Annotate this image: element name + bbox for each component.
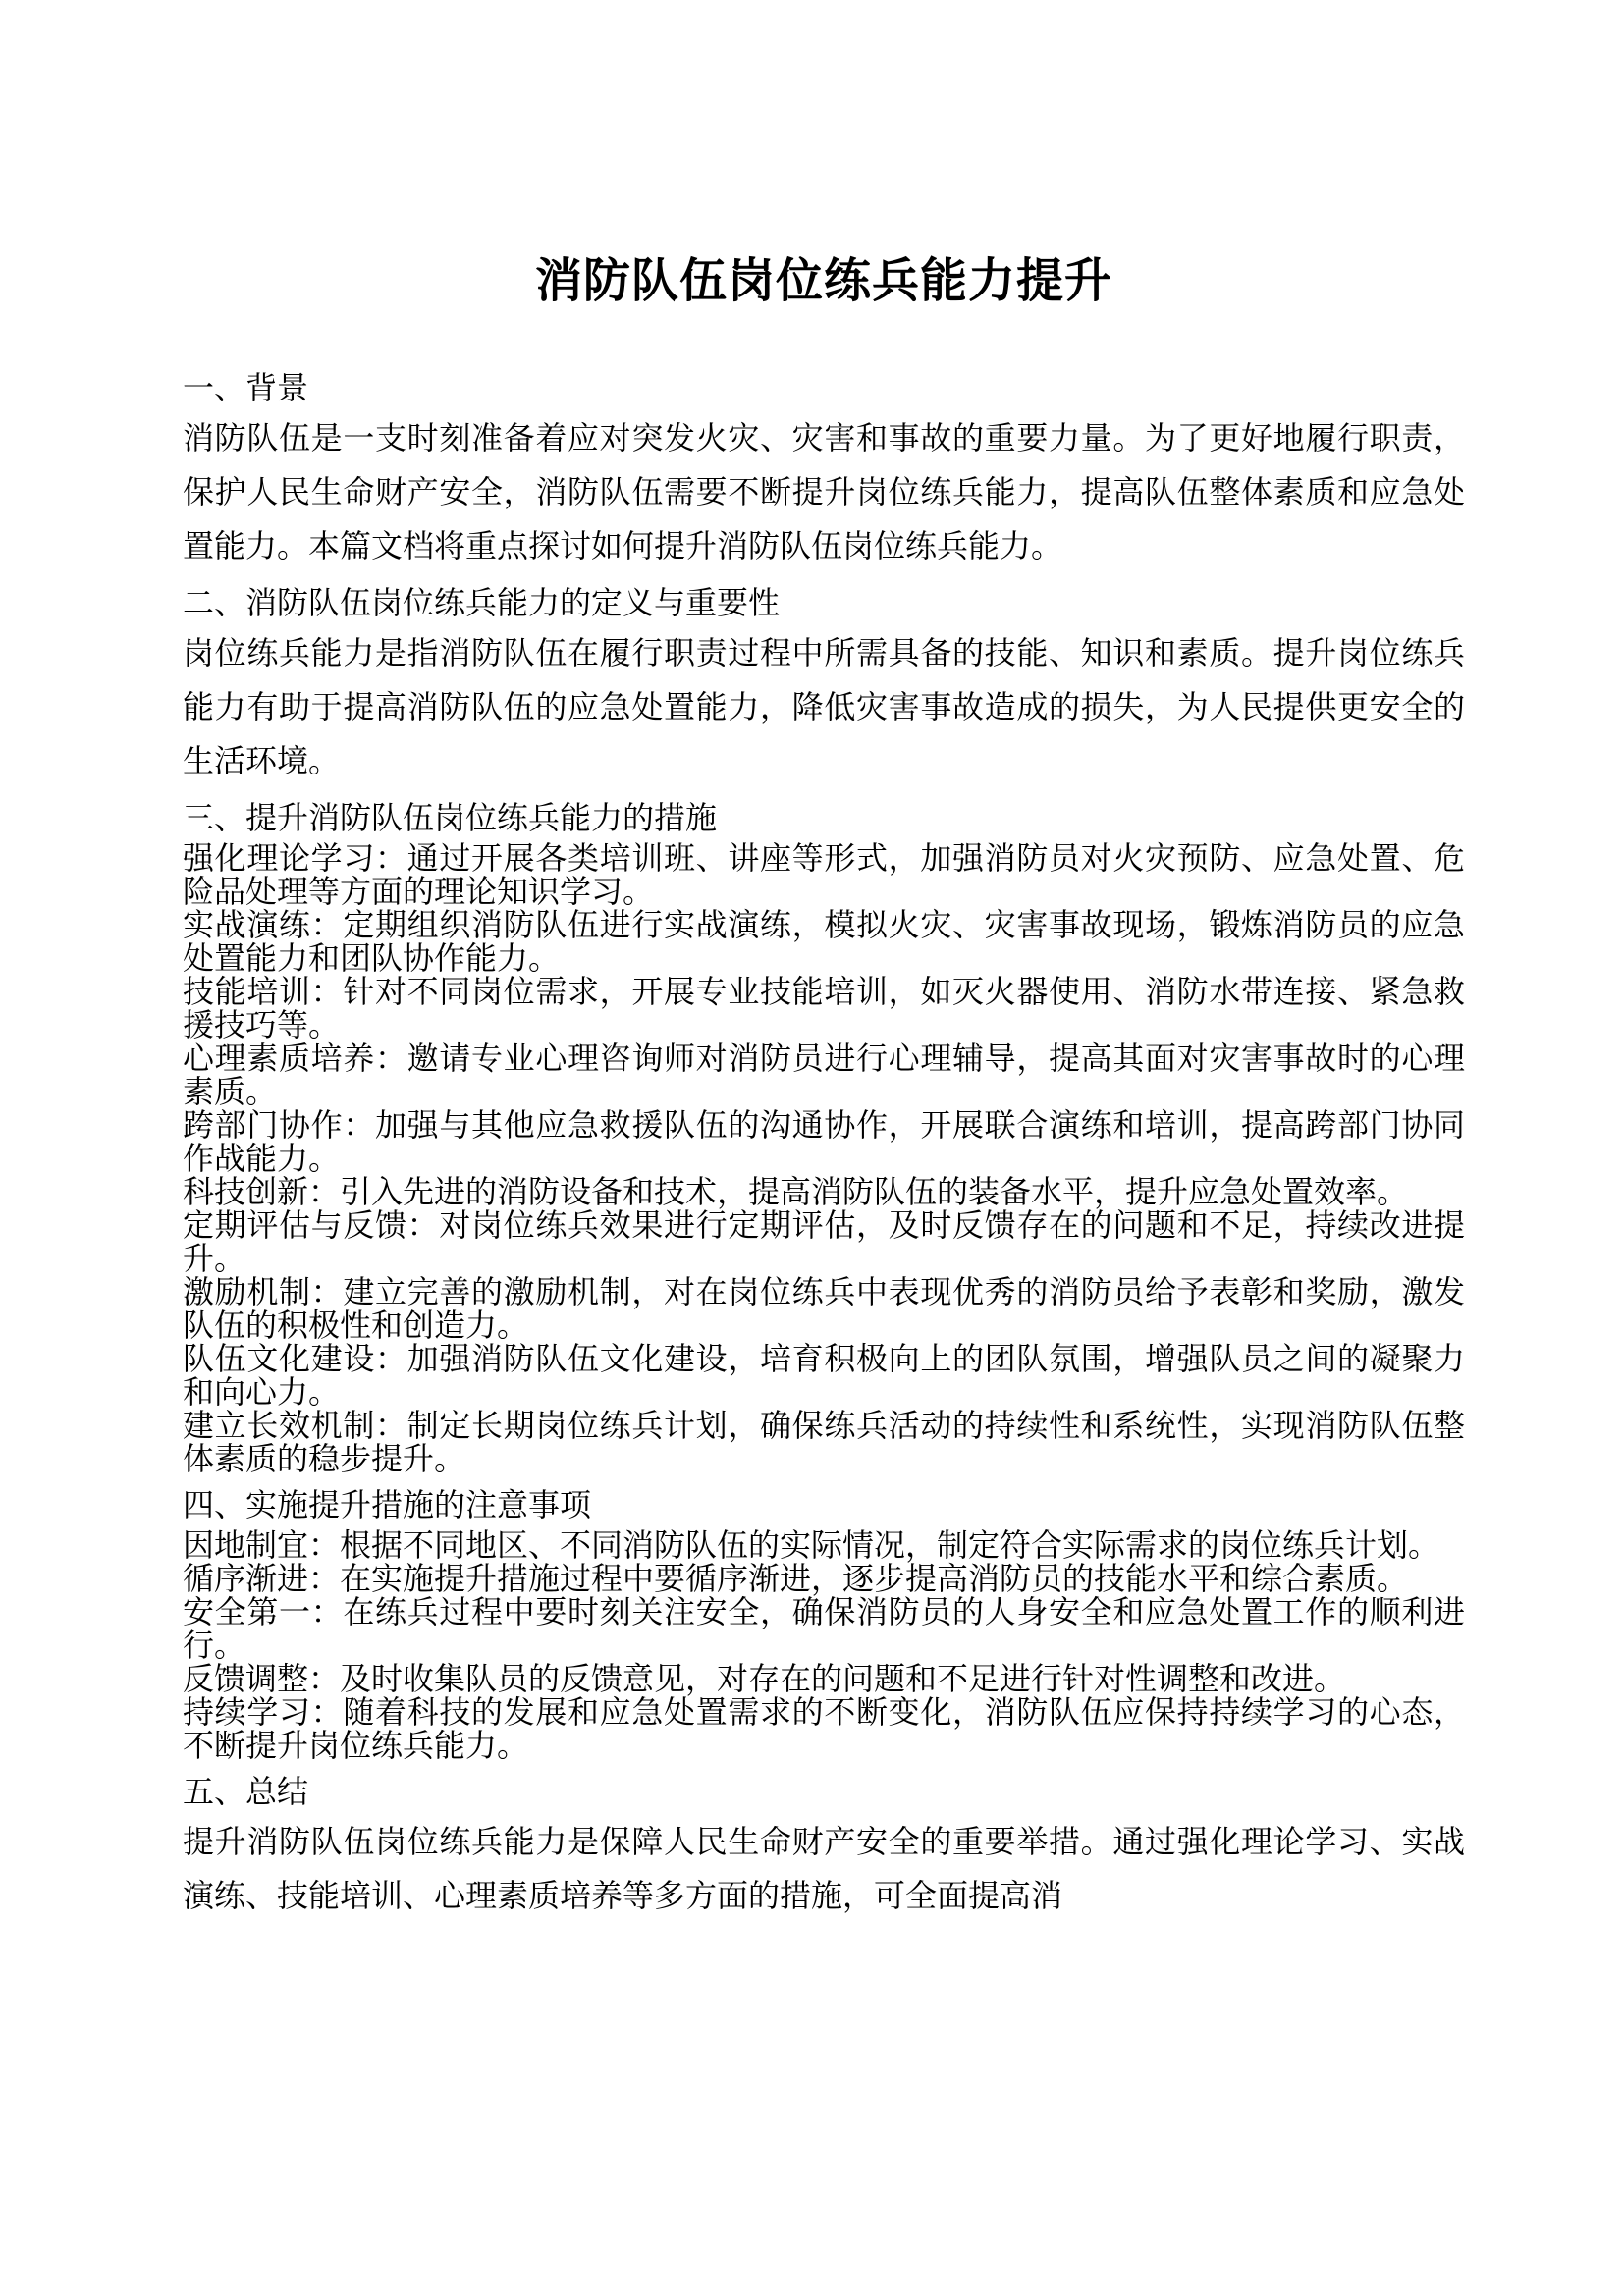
section-heading-precautions: 四、实施提升措施的注意事项 — [183, 1487, 1465, 1522]
list-item-measure-4: 心理素质培养：邀请专业心理咨询师对消防员进行心理辅导，提高其面对灾害事故时的心理… — [183, 1041, 1465, 1108]
section-measures: 三、提升消防队伍岗位练兵能力的措施 强化理论学习：通过开展各类培训班、讲座等形式… — [183, 800, 1465, 1475]
section-background: 一、背景 消防队伍是一支时刻准备着应对突发火灾、灾害和事故的重要力量。为了更好地… — [183, 370, 1465, 573]
list-item-measure-8: 激励机制：建立完善的激励机制，对在岗位练兵中表现优秀的消防员给予表彰和奖励，激发… — [183, 1275, 1465, 1342]
section-heading-definition-importance: 二、消防队伍岗位练兵能力的定义与重要性 — [183, 585, 1465, 620]
document-page: 消防队伍岗位练兵能力提升 一、背景 消防队伍是一支时刻准备着应对突发火灾、灾害和… — [0, 0, 1624, 2296]
list-item-measure-7: 定期评估与反馈：对岗位练兵效果进行定期评估，及时反馈存在的问题和不足，持续改进提… — [183, 1208, 1465, 1275]
list-item-measure-3: 技能培训：针对不同岗位需求，开展专业技能培训，如灭火器使用、消防水带连接、紧急救… — [183, 975, 1465, 1041]
list-item-measure-10: 建立长效机制：制定长期岗位练兵计划，确保练兵活动的持续性和系统性，实现消防队伍整… — [183, 1409, 1465, 1475]
list-item-measure-5: 跨部门协作：加强与其他应急救援队伍的沟通协作，开展联合演练和培训，提高跨部门协同… — [183, 1108, 1465, 1175]
list-item-measure-2: 实战演练：定期组织消防队伍进行实战演练，模拟火灾、灾害事故现场，锻炼消防员的应急… — [183, 908, 1465, 975]
paragraph-summary: 提升消防队伍岗位练兵能力是保障人民生命财产安全的重要举措。通过强化理论学习、实战… — [183, 1815, 1465, 1923]
list-item-precaution-2: 循序渐进：在实施提升措施过程中要循序渐进，逐步提高消防员的技能水平和综合素质。 — [183, 1562, 1465, 1595]
list-item-measure-1: 强化理论学习：通过开展各类培训班、讲座等形式，加强消防员对火灾预防、应急处置、危… — [183, 841, 1465, 908]
section-definition-importance: 二、消防队伍岗位练兵能力的定义与重要性 岗位练兵能力是指消防队伍在履行职责过程中… — [183, 585, 1465, 788]
section-heading-background: 一、背景 — [183, 370, 1465, 405]
paragraph-background: 消防队伍是一支时刻准备着应对突发火灾、灾害和事故的重要力量。为了更好地履行职责，… — [183, 411, 1465, 573]
list-item-measure-6: 科技创新：引入先进的消防设备和技术，提高消防队伍的装备水平，提升应急处置效率。 — [183, 1175, 1465, 1208]
section-summary: 五、总结 提升消防队伍岗位练兵能力是保障人民生命财产安全的重要举措。通过强化理论… — [183, 1774, 1465, 1923]
list-item-measure-9: 队伍文化建设：加强消防队伍文化建设，培育积极向上的团队氛围，增强队员之间的凝聚力… — [183, 1342, 1465, 1409]
list-item-precaution-3: 安全第一：在练兵过程中要时刻关注安全，确保消防员的人身安全和应急处置工作的顺利进… — [183, 1595, 1465, 1662]
section-heading-summary: 五、总结 — [183, 1774, 1465, 1809]
document-title: 消防队伍岗位练兵能力提升 — [183, 254, 1465, 309]
section-heading-measures: 三、提升消防队伍岗位练兵能力的措施 — [183, 800, 1465, 835]
list-item-precaution-1: 因地制宜：根据不同地区、不同消防队伍的实际情况，制定符合实际需求的岗位练兵计划。 — [183, 1528, 1465, 1562]
list-item-precaution-5: 持续学习：随着科技的发展和应急处置需求的不断变化，消防队伍应保持持续学习的心态，… — [183, 1695, 1465, 1762]
section-precautions: 四、实施提升措施的注意事项 因地制宜：根据不同地区、不同消防队伍的实际情况，制定… — [183, 1487, 1465, 1762]
list-item-precaution-4: 反馈调整：及时收集队员的反馈意见，对存在的问题和不足进行针对性调整和改进。 — [183, 1662, 1465, 1695]
paragraph-definition-importance: 岗位练兵能力是指消防队伍在履行职责过程中所需具备的技能、知识和素质。提升岗位练兵… — [183, 626, 1465, 788]
